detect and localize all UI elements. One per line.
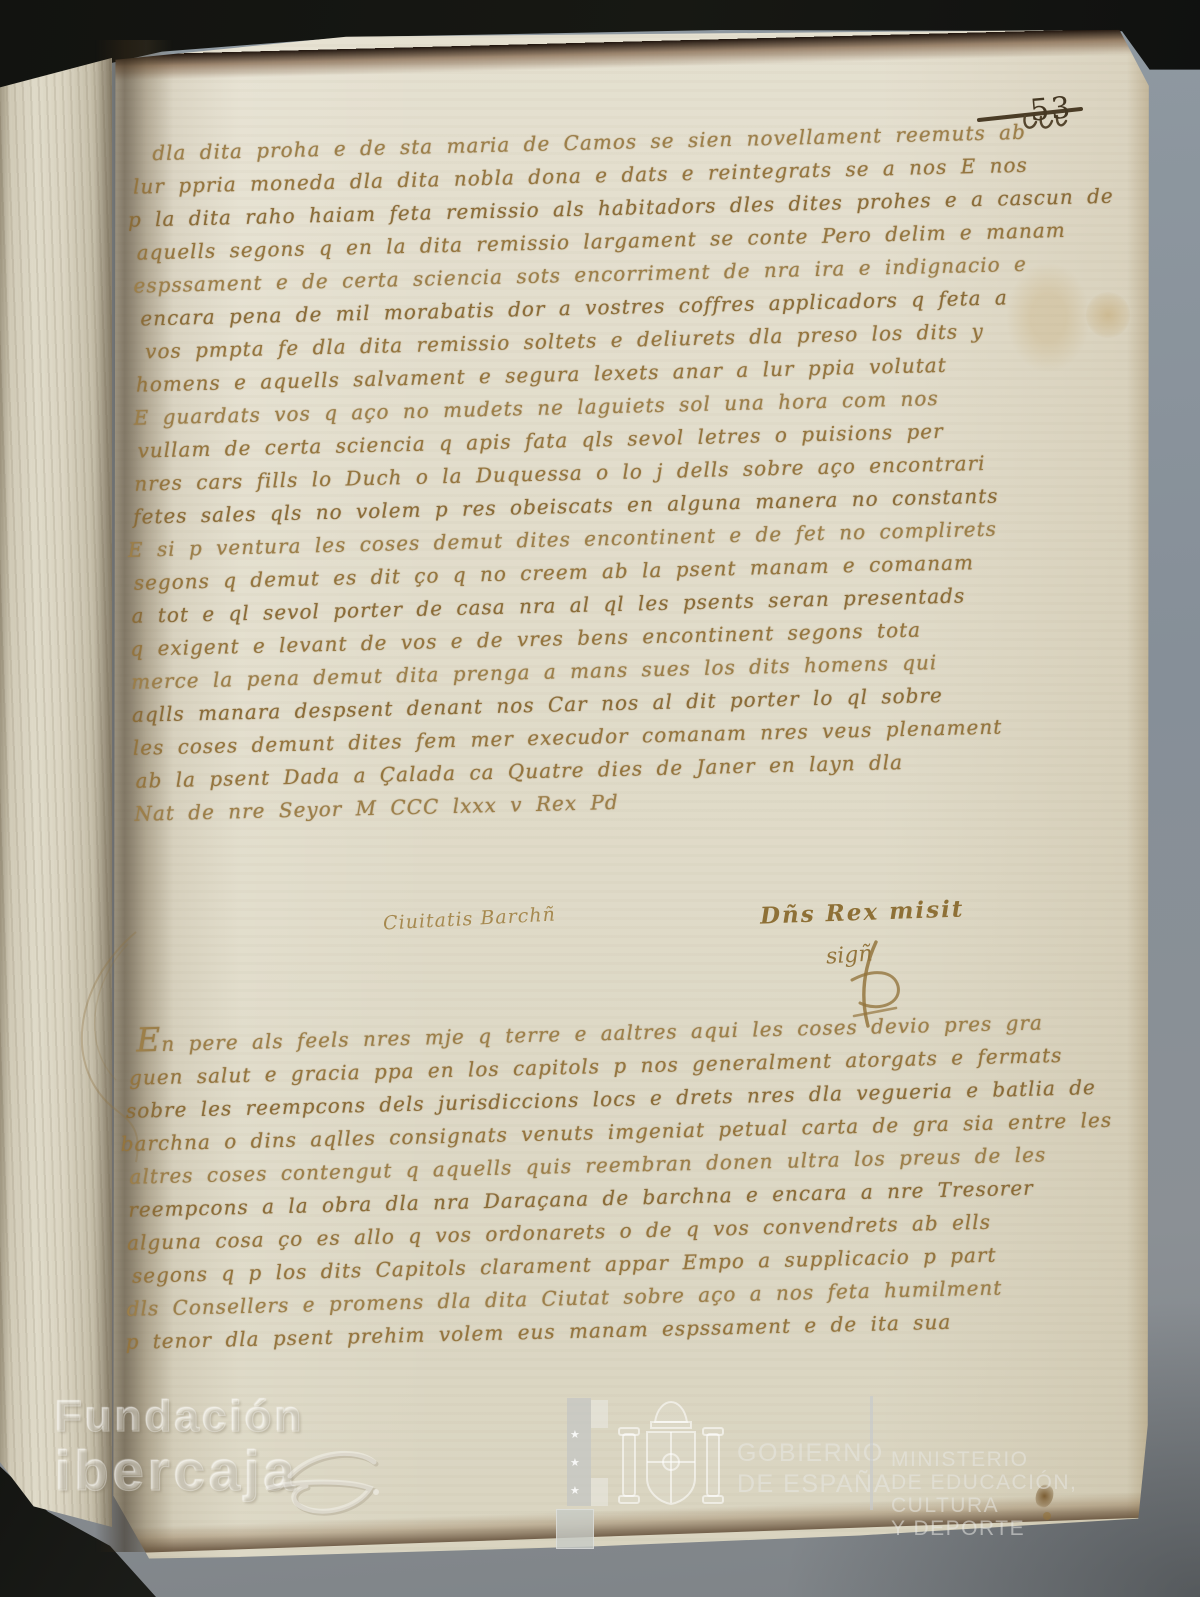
gobierno-line1: GOBIERNO [737, 1438, 892, 1469]
paragraph-2: En pere als feels nres mje q terre e aal… [118, 1009, 1117, 1363]
ministerio-line3: Y DEPORTE [891, 1517, 1175, 1540]
ministerio-line2: DE EDUCACIÓN, CULTURA [891, 1471, 1175, 1517]
ministerio-label: MINISTERIO DE EDUCACIÓN, CULTURA Y DEPOR… [891, 1448, 1175, 1540]
paper-stain [1086, 292, 1130, 338]
gobierno-line2: DE ESPAÑA [737, 1469, 892, 1500]
ibercaja-logo-icon [262, 1436, 382, 1526]
eu-star-icon: ★ [570, 1486, 580, 1497]
paragraph-1: dla dita proha e de sta maria de Camos s… [118, 118, 1129, 835]
eu-flag-fragment-icon: ★ ★ ★ [567, 1398, 591, 1506]
ministerio-line1: MINISTERIO [891, 1448, 1175, 1471]
flag-corner-mark [591, 1400, 608, 1428]
flag-corner-mark [591, 1478, 608, 1506]
watermark-divider [870, 1396, 873, 1510]
eu-star-icon: ★ [570, 1458, 580, 1469]
manuscript-scan: 53 dla dita proha e de sta maria de Camo… [0, 0, 1200, 1597]
gobierno-label: GOBIERNO DE ESPAÑA [737, 1438, 892, 1500]
spain-coat-of-arms-icon [617, 1400, 725, 1516]
watermark-ibercaja-line1: Fundación [55, 1392, 304, 1442]
watermark-government: ★ ★ ★ [565, 1392, 1175, 1522]
eu-star-icon: ★ [570, 1430, 580, 1441]
